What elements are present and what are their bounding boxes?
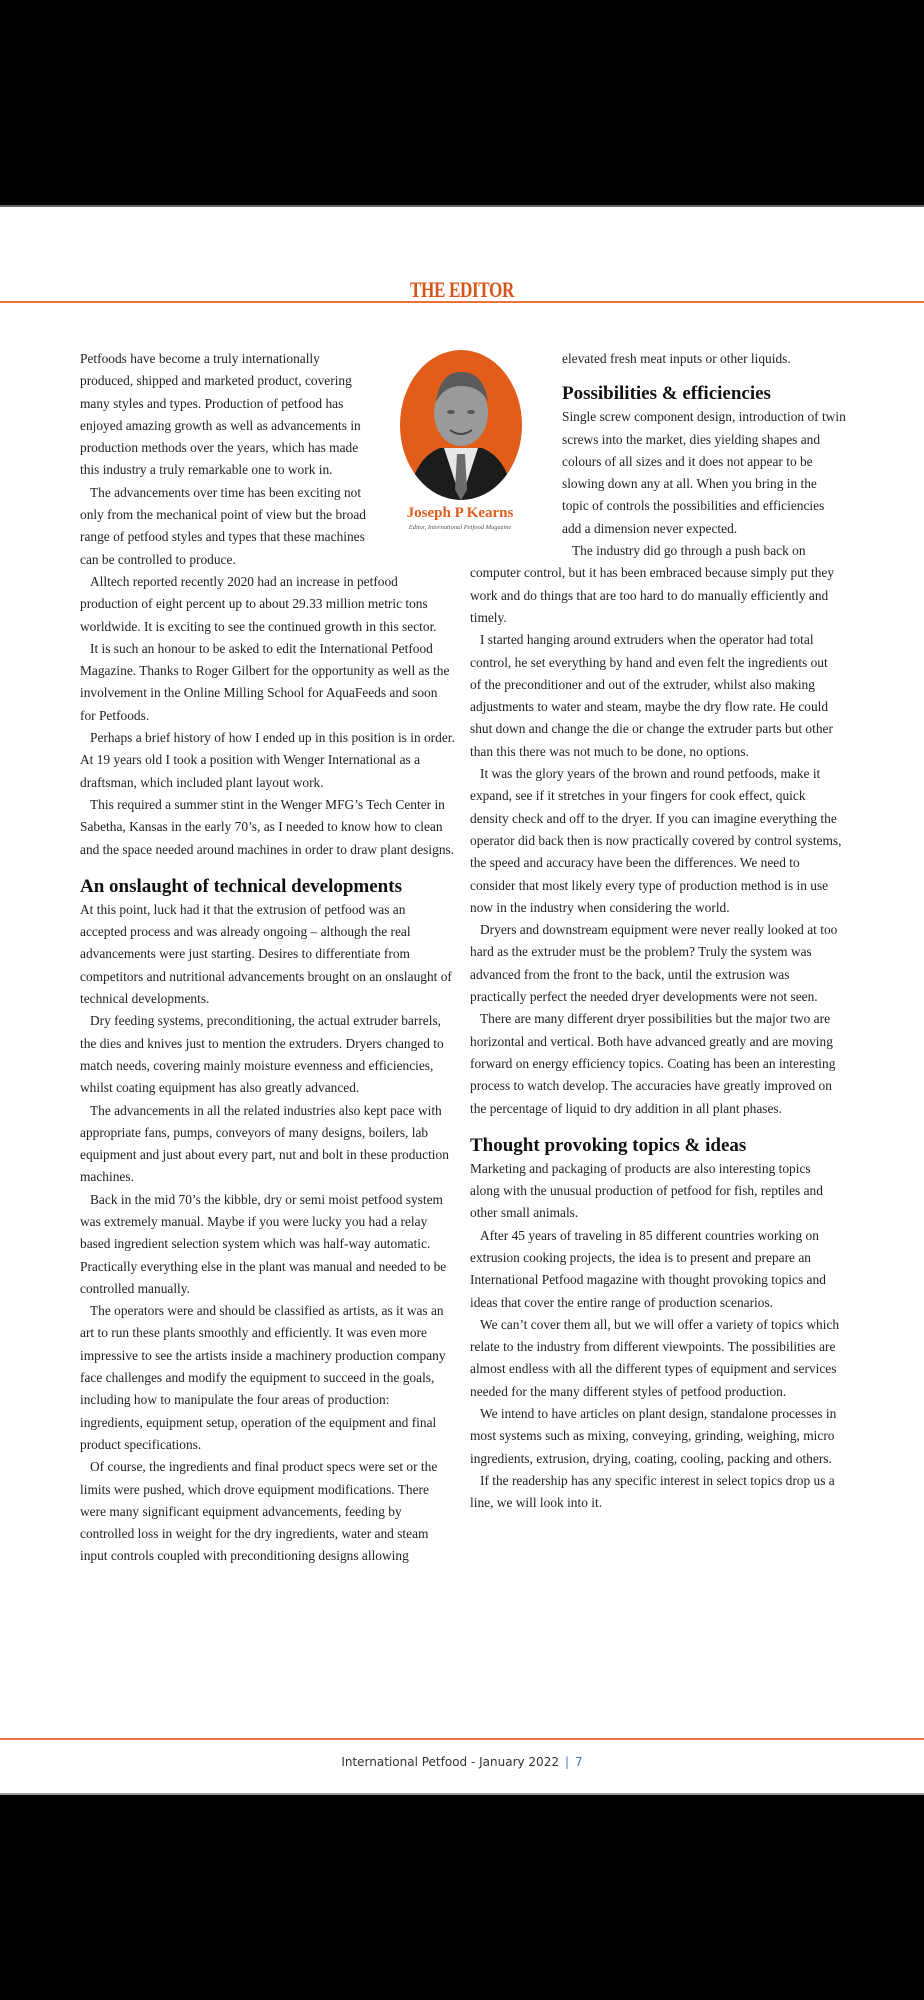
paragraph: Dryers and downstream equipment were nev…	[470, 919, 842, 1008]
section-heading: Thought provoking topics & ideas	[470, 1134, 842, 1158]
paragraph: Back in the mid 70’s the kibble, dry or …	[80, 1189, 455, 1300]
paragraph: Alltech reported recently 2020 had an in…	[80, 571, 455, 638]
publication-label: International Petfood - January 2022	[341, 1755, 559, 1769]
left-column: Petfoods have become a truly internation…	[80, 348, 394, 1568]
right-column: elevated fresh meat inputs or other liqu…	[470, 348, 842, 1515]
section-heading: Possibilities & efficiencies	[562, 382, 846, 406]
magazine-page: THE EDITOR Joseph P Kearns Editor, Inter…	[0, 205, 924, 1795]
paragraph: It was the glory years of the brown and …	[470, 763, 842, 919]
paragraph: It is such an honour to be asked to edit…	[80, 638, 455, 727]
page-number: 7	[575, 1755, 583, 1769]
header-divider	[0, 301, 924, 303]
paragraph: elevated fresh meat inputs or other liqu…	[562, 348, 846, 370]
paragraph: Petfoods have become a truly internation…	[80, 348, 372, 482]
paragraph: This required a summer stint in the Weng…	[80, 794, 455, 861]
paragraph: We can’t cover them all, but we will off…	[470, 1314, 842, 1403]
footer-separator: |	[565, 1755, 569, 1769]
paragraph: We intend to have articles on plant desi…	[470, 1403, 842, 1470]
paragraph: Single screw component design, introduct…	[562, 406, 846, 540]
paragraph: If the readership has any specific inter…	[470, 1470, 842, 1515]
section-heading: An onslaught of technical developments	[80, 875, 455, 899]
paragraph: At this point, luck had it that the extr…	[80, 899, 455, 1010]
paragraph: The advancements in all the related indu…	[80, 1100, 455, 1189]
paragraph: Dry feeding systems, preconditioning, th…	[80, 1010, 455, 1099]
paragraph: I started hanging around extruders when …	[470, 629, 842, 763]
paragraph: Of course, the ingredients and final pro…	[80, 1456, 455, 1567]
page-footer: International Petfood - January 2022|7	[0, 1755, 924, 1769]
paragraph: The industry did go through a push back …	[470, 540, 842, 629]
left-column-body: Alltech reported recently 2020 had an in…	[80, 571, 455, 1568]
paragraph: After 45 years of traveling in 85 differ…	[470, 1225, 842, 1314]
paragraph: Perhaps a brief history of how I ended u…	[80, 727, 455, 794]
paragraph: There are many different dryer possibili…	[470, 1008, 842, 1119]
footer-divider	[0, 1738, 924, 1740]
paragraph: The advancements over time has been exci…	[80, 482, 372, 571]
paragraph: Marketing and packaging of products are …	[470, 1158, 842, 1225]
section-title: THE EDITOR	[102, 279, 823, 301]
paragraph: The operators were and should be classif…	[80, 1300, 455, 1456]
